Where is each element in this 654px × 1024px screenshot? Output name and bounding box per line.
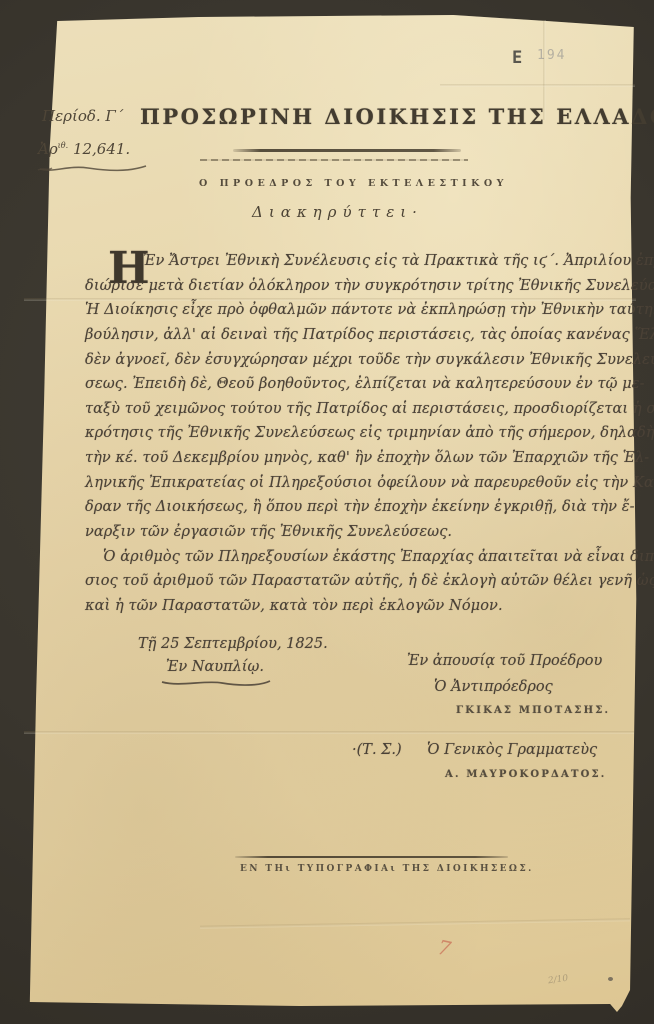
handwritten-period-label: Περίοδ. Γ΄: [42, 107, 123, 125]
body-line: τὴν κέ. τοῦ Δεκεμβρίου μηνὸς, καθ' ἣν ἐπ…: [85, 450, 590, 475]
issuer-line: Ο ΠΡΟΕΔΡΟΣ ΤΟΥ ΕΚΤΕΛΕΣΤΙΚΟΥ: [199, 178, 508, 189]
secretary-name: Α. ΜΑΥΡΟΚΟΡΔΑΤΟΣ.: [445, 769, 606, 780]
ink-speck: [608, 977, 613, 981]
vice-president-title: Ὁ Ἀντιπρόεδρος: [434, 679, 553, 695]
archive-stamp-number: 194: [537, 48, 566, 63]
imprint-line: ΕΝ ΤΗι ΤΥΠΟΓΡΑΦΙΑι ΤΗΣ ΔΙΟΙΚΗΣΕΩΣ.: [240, 864, 534, 874]
title-rule-thin: [200, 159, 468, 161]
body-line: κρότησις τῆς Ἐθνικῆς Συνελεύσεως εἰς τρι…: [85, 425, 590, 450]
body-line: δραν τῆς Διοικήσεως, ἢ ὅπου περὶ τὴν ἐπο…: [85, 499, 590, 524]
number-superscript: ιθ.: [58, 141, 69, 150]
seal-note: ·(Τ. Σ.): [352, 742, 402, 758]
body-line: ταξὺ τοῦ χειμῶνος τούτου τῆς Πατρίδος αἱ…: [85, 401, 590, 426]
body-line: καὶ ἡ τῶν Παραστατῶν, κατὰ τὸν περὶ ἐκλο…: [85, 598, 590, 623]
imprint-rule: [235, 856, 508, 858]
body-line: Ἐν Ἄστρει Ἐθνικὴ Συνέλευσις εἰς τὰ Πρακτ…: [85, 253, 590, 278]
number-value: 12,641.: [73, 140, 130, 158]
number-flourish-underline: [38, 162, 148, 174]
place-line: Ἐν Ναυπλίῳ.: [166, 659, 264, 675]
proclamation-verb: Διακηρύττει·: [252, 203, 423, 221]
secretary-title: Ὁ Γενικὸς Γραμματεὺς: [427, 742, 597, 758]
place-flourish-underline: [160, 678, 272, 688]
archive-stamp-letter: E: [512, 48, 522, 68]
body-line: Ὁ ἀριθμὸς τῶν Πληρεξουσίων ἑκάστης Ἐπαρχ…: [85, 549, 590, 574]
body-line: ναρξιν τῶν ἐργασιῶν τῆς Ἐθνικῆς Συνελεύσ…: [85, 524, 590, 549]
date-line: Τῇ 25 Σεπτεμβρίου, 1825.: [138, 636, 328, 652]
body-line: διώρισε μετὰ διετίαν ὁλόκληρον τὴν συγκρ…: [85, 278, 590, 303]
body-line: σιος τοῦ ἀριθμοῦ τῶν Παραστατῶν αὐτῆς, ἡ…: [85, 573, 590, 598]
handwritten-number: Ἀριθ. 12,641.: [38, 140, 130, 158]
number-prefix: Ἀρ: [38, 140, 58, 158]
title-rule-thick: [233, 149, 461, 152]
body-line: Ἡ Διοίκησις εἶχε πρὸ ὀφθαλμῶν πάντοτε νὰ…: [85, 302, 590, 327]
body-line: ληνικῆς Ἐπικρατείας οἱ Πληρεξούσιοι ὀφεί…: [85, 475, 590, 500]
vice-president-name: ΓΚΙΚΑΣ ΜΠΟΤΑΣΗΣ.: [456, 705, 610, 716]
body-text: Ἐν Ἄστρει Ἐθνικὴ Συνέλευσις εἰς τὰ Πρακτ…: [85, 253, 590, 623]
body-line: βούλησιν, ἀλλ' αἱ δειναὶ τῆς Πατρίδος πε…: [85, 327, 590, 352]
scanned-document: E 194 Περίοδ. Γ΄ Ἀριθ. 12,641. ΠΡΟΣΩΡΙΝΗ…: [0, 0, 654, 1024]
absence-note: Ἐν ἀπουσίᾳ τοῦ Προέδρου: [407, 653, 602, 669]
body-line: σεως. Ἐπειδὴ δὲ, Θεοῦ βοηθοῦντος, ἐλπίζε…: [85, 376, 590, 401]
body-line: δὲν ἀγνοεῖ, δὲν ἐσυγχώρησαν μέχρι τοῦδε …: [85, 352, 590, 377]
document-title: ΠΡΟΣΩΡΙΝΗ ΔΙΟΙΚΗΣΙΣ ΤΗΣ ΕΛΛΑΔΟΣ.: [140, 104, 654, 129]
